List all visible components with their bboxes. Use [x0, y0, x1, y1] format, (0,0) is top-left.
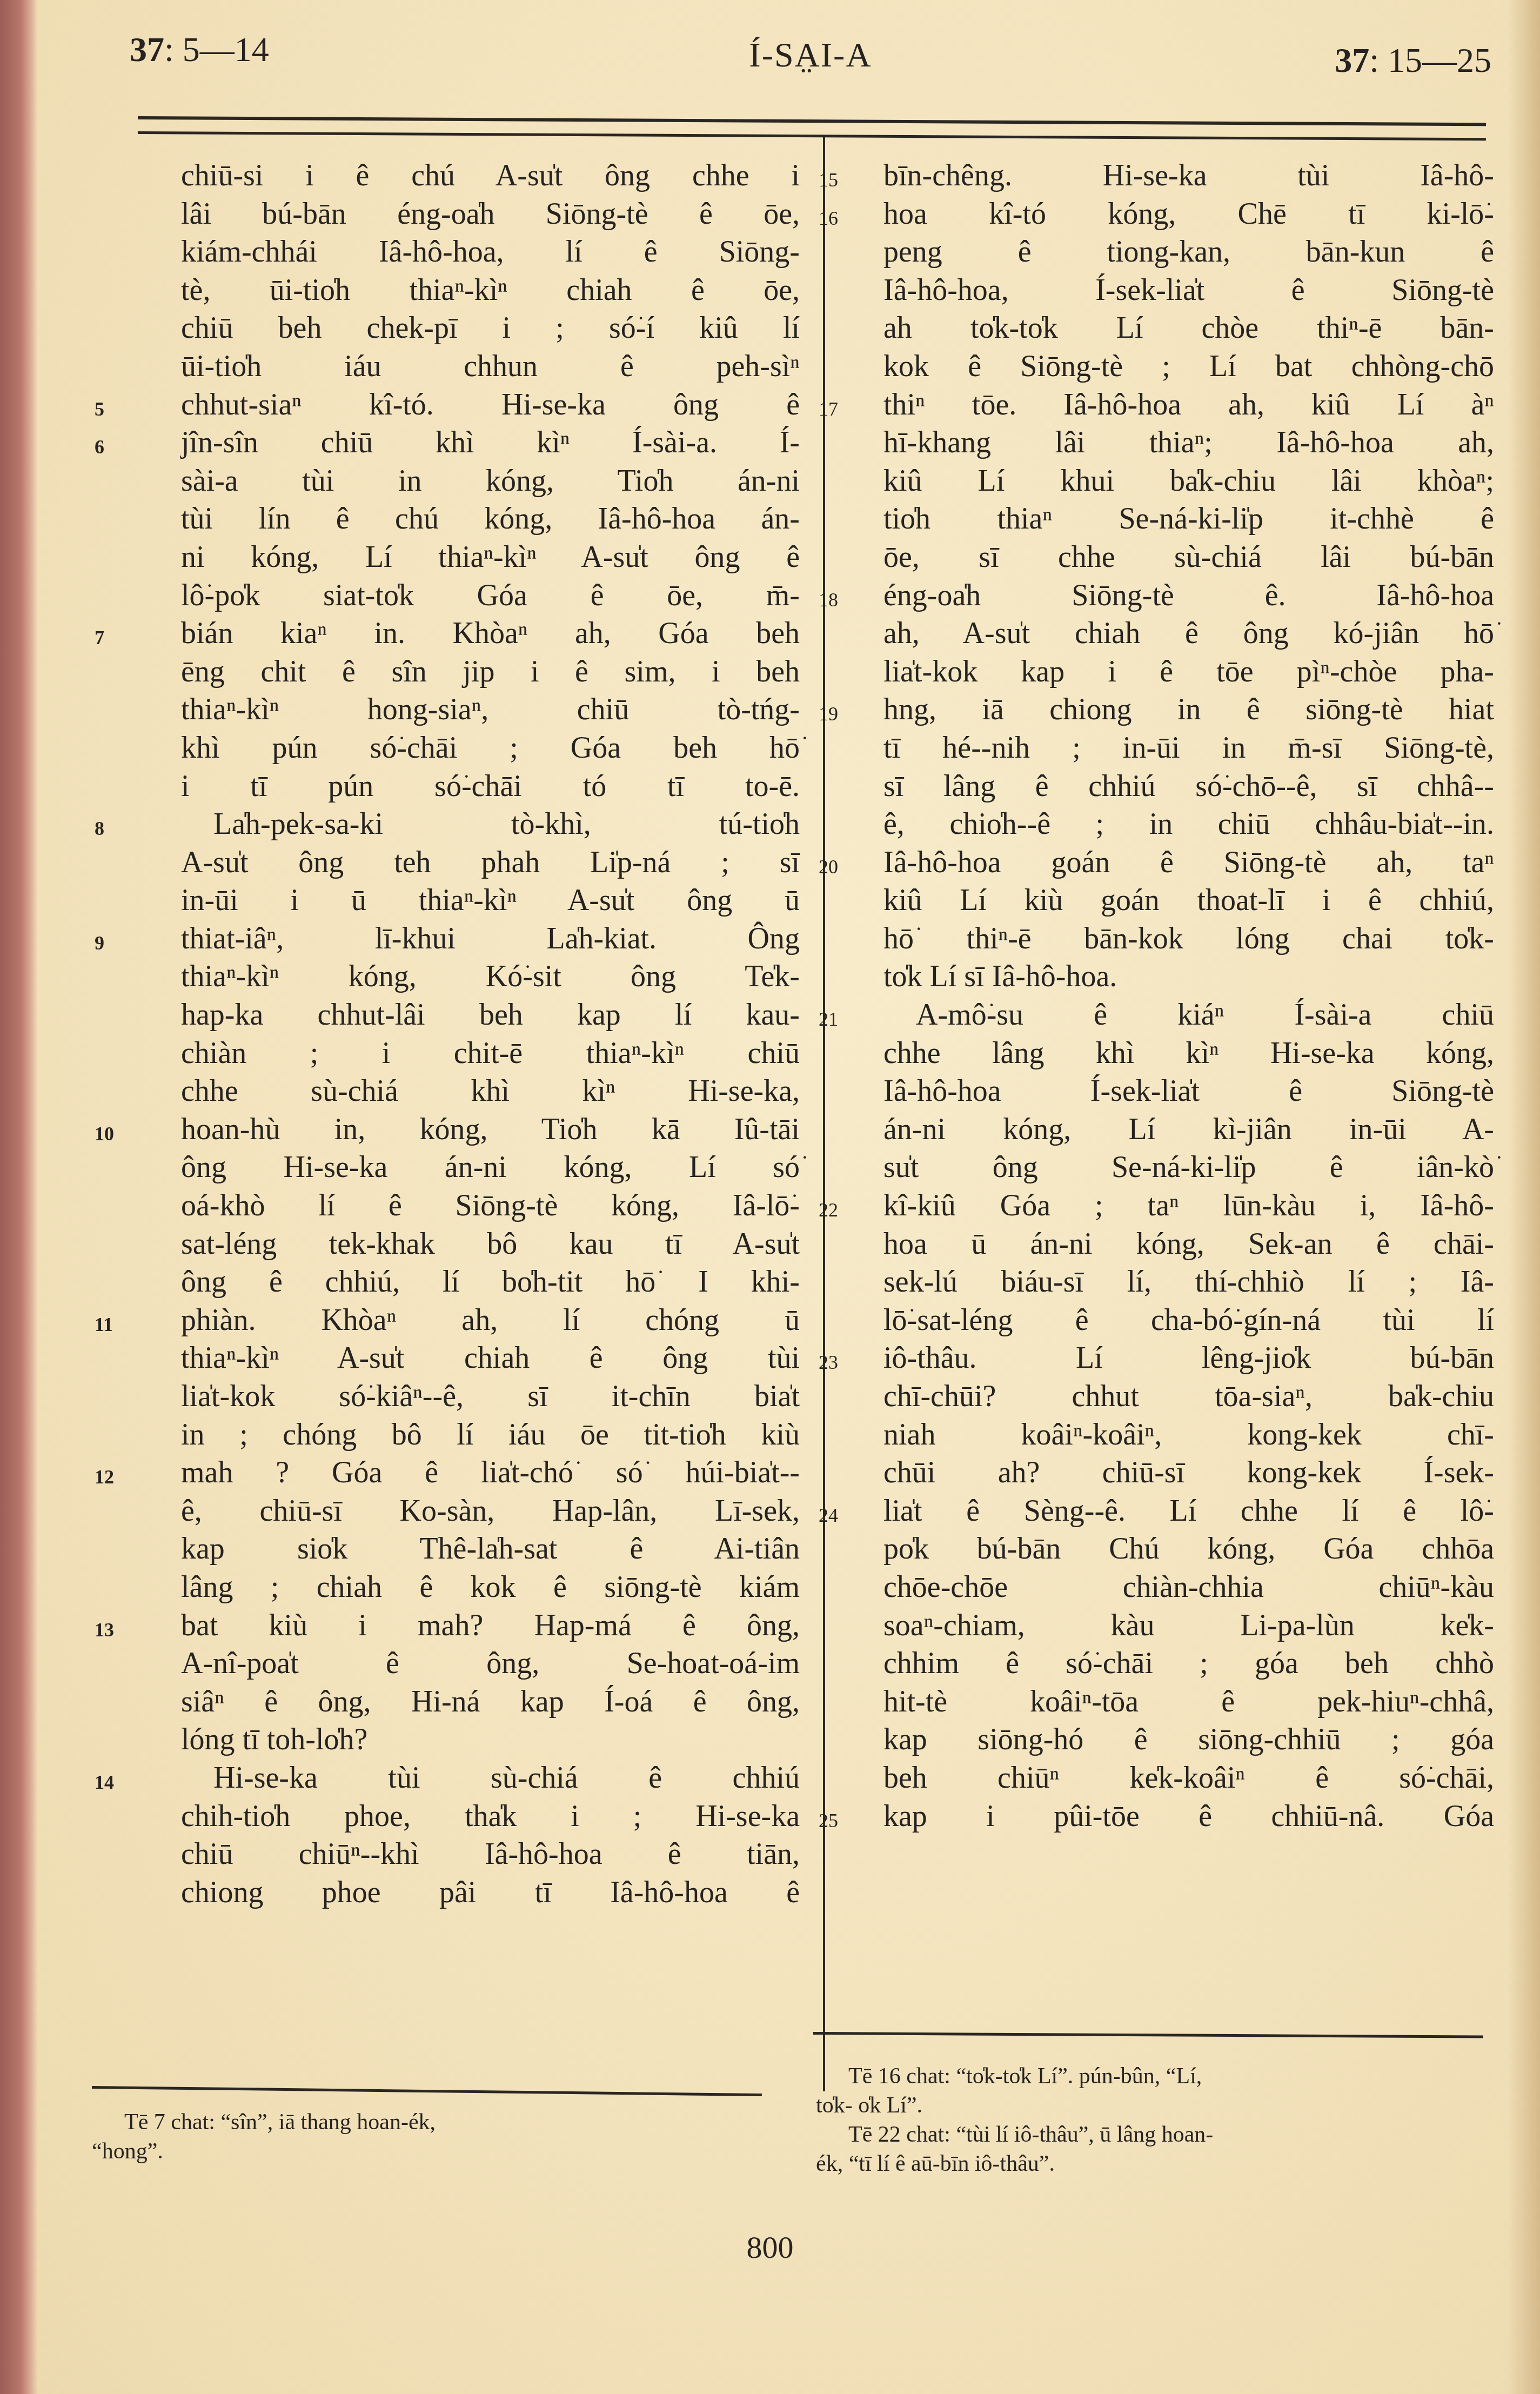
text-line: po̍k bú-bān Chú kóng, Góa chhōa	[883, 1530, 1494, 1568]
verse-number: 6	[95, 428, 104, 466]
footnote-line: ék, “tī lí ê aū-bīn iô-thâu”.	[816, 2149, 1486, 2178]
verse-number: 21	[819, 1000, 838, 1039]
verse-number: 11	[95, 1306, 113, 1344]
header-double-rule	[138, 116, 1486, 141]
text-line: 22kî-kiû Góa ; taⁿ lūn-kàu i, Iâ-hô-	[883, 1187, 1494, 1225]
line-text: sài-a tùi in kóng, Tio̍h án-ni	[181, 464, 800, 498]
text-line: in ; chóng bô lí iáu ōe tit-tio̍h kiù	[181, 1416, 800, 1454]
line-text: La̍h-pek-sa-ki tò-khì, tú-tio̍h	[213, 807, 800, 841]
text-line: sài-a tùi in kóng, Tio̍h án-ni	[181, 462, 800, 500]
footnote-line: “hong”.	[92, 2137, 767, 2166]
line-text: sat-léng tek-khak bô kau tī A-su̍t	[181, 1227, 800, 1261]
line-text: ah, A-su̍t chiah ê ông kó-jiân hō͘	[883, 617, 1494, 650]
verse-number: 18	[819, 581, 838, 619]
text-line: 18éng-oa̍h Siōng-tè ê. Iâ-hô-hoa	[883, 577, 1494, 615]
text-line: kiám-chhái Iâ-hô-hoa, lí ê Siōng-	[181, 233, 800, 271]
text-line: 11phiàn. Khòaⁿ ah, lí chóng ū	[181, 1301, 800, 1340]
text-line: su̍t ông Se-ná-ki-li̍p ê iân-kò͘	[883, 1148, 1494, 1187]
text-line: 9thiat-iâⁿ, lī-khui La̍h-kiat. Ông	[181, 920, 800, 958]
text-line: thiaⁿ-kìⁿ kóng, Kó͘-sit ông Te̍k-	[181, 958, 800, 996]
verse-number: 9	[95, 924, 104, 962]
line-text: ê, chio̍h--ê ; in chiū chhâu-bia̍t--in.	[883, 807, 1494, 841]
text-line: 16hoa kî-tó kóng, Chē tī ki-lō͘-	[883, 195, 1494, 233]
book-page: 37: 5—14 Í-SA̤I-A 37: 15—25 chiū-si i ê …	[0, 0, 1540, 2394]
line-text: Hi-se-ka tùi sù-chiá ê chhiú	[213, 1761, 800, 1795]
text-line: ōe, sī chhe sù-chiá lâi bú-bān	[883, 538, 1494, 577]
verse-number: 17	[819, 390, 838, 429]
line-text: lâi bú-bān éng-oa̍h Siōng-tè ê ōe,	[181, 197, 800, 231]
line-text: kap sio̍k Thê-la̍h-sat ê Ai-tiân	[181, 1532, 800, 1566]
text-line: ah, A-su̍t chiah ê ông kó-jiân hō͘	[883, 614, 1494, 653]
line-text: tio̍h thiaⁿ Se-ná-ki-li̍p it-chhè ê	[883, 502, 1494, 536]
text-line: lâi bú-bān éng-oa̍h Siōng-tè ê ōe,	[181, 195, 800, 233]
text-line: chūi ah? chiū-sī kong-kek Í-sek-	[883, 1454, 1494, 1492]
line-text: bīn-chêng. Hi-se-ka tùi Iâ-hô-	[883, 159, 1494, 192]
text-line: thiaⁿ-kìⁿ A-su̍t chiah ê ông tùi	[181, 1339, 800, 1377]
line-text: sek-lú biáu-sī lí, thí-chhiò lí ; Iâ-	[883, 1265, 1494, 1299]
line-text: soaⁿ-chiam, kàu Li-pa-lùn ke̍k-	[883, 1609, 1494, 1642]
text-line: 24lia̍t ê Sèng--ê. Lí chhe lí ê lô͘-	[883, 1492, 1494, 1530]
text-line: 14Hi-se-ka tùi sù-chiá ê chhiú	[181, 1759, 800, 1797]
verse-number: 12	[95, 1458, 114, 1496]
line-text: chiàn ; i chit-ē thiaⁿ-kìⁿ chiū	[181, 1036, 800, 1070]
line-text: hoan-hù in, kóng, Tio̍h kā Iû-tāi	[181, 1113, 800, 1146]
line-text: hng, iā chiong in ê siōng-tè hiat	[883, 693, 1494, 726]
text-line: hō͘ thiⁿ-ē bān-kok lóng chai to̍k-	[883, 920, 1494, 958]
footnote-line: Tē 16 chat: “to̍k-to̍k Lí”. pún-bûn, “Lí…	[816, 2062, 1486, 2091]
line-text: chiū chiūⁿ--khì Iâ-hô-hoa ê tiān,	[181, 1837, 800, 1871]
text-line: 20Iâ-hô-hoa goán ê Siōng-tè ah, taⁿ	[883, 844, 1494, 882]
text-line: lia̍t-kok kap i ê tōe pìⁿ-chòe pha-	[883, 653, 1494, 691]
line-text: lō͘-sat-léng ê cha-bó͘-gín-ná tùi lí	[883, 1303, 1494, 1337]
line-text: ông Hi-se-ka án-ni kóng, Lí só͘	[181, 1151, 800, 1184]
text-line: 21A-mô͘-su ê kiáⁿ Í-sài-a chiū	[883, 996, 1494, 1034]
verse-number: 20	[819, 848, 838, 886]
text-line: 17thiⁿ tōe. Iâ-hô-hoa ah, kiû Lí àⁿ	[883, 386, 1494, 424]
text-line: hit-tè koâiⁿ-tōa ê pek-hiuⁿ-chhâ,	[883, 1683, 1494, 1721]
line-text: hoa ū án-ni kóng, Sek-an ê chāi-	[883, 1227, 1494, 1261]
text-line: 5chhut-siaⁿ kî-tó. Hi-se-ka ông ê	[181, 386, 800, 424]
line-text: chiong phoe pâi tī Iâ-hô-hoa ê	[181, 1876, 800, 1909]
line-text: chhe lâng khì kìⁿ Hi-se-ka kóng,	[883, 1036, 1494, 1070]
text-line: ê, chiū-sī Ko-sàn, Hap-lân, Lī-sek,	[181, 1492, 800, 1530]
line-text: A-mô͘-su ê kiáⁿ Í-sài-a chiū	[916, 998, 1494, 1032]
line-text: ōe, sī chhe sù-chiá lâi bú-bān	[883, 540, 1494, 574]
line-text: tī hé--nih ; in-ūi in m̄-sī Siōng-tè,	[883, 731, 1494, 765]
text-line: 7bián kiaⁿ in. Khòaⁿ ah, Góa beh	[181, 614, 800, 653]
text-line: 23iô-thâu. Lí lêng-jio̍k bú-bān	[883, 1339, 1494, 1377]
line-text: hī-khang lâi thiaⁿ; Iâ-hô-hoa ah,	[883, 426, 1494, 459]
verse-number: 14	[95, 1763, 114, 1802]
text-line: tio̍h thiaⁿ Se-ná-ki-li̍p it-chhè ê	[883, 500, 1494, 538]
line-text: po̍k bú-bān Chú kóng, Góa chhōa	[883, 1532, 1494, 1566]
text-line: ah to̍k-to̍k Lí chòe thiⁿ-ē bān-	[883, 309, 1494, 347]
line-text: kap siōng-hó ê siōng-chhiū ; góa	[883, 1723, 1494, 1756]
line-text: ni kóng, Lí thiaⁿ-kìⁿ A-su̍t ông ê	[181, 540, 800, 574]
line-text: kî-kiû Góa ; taⁿ lūn-kàu i, Iâ-hô-	[883, 1189, 1494, 1222]
text-line: A-nî-poa̍t ê ông, Se-hoat-oá-im	[181, 1644, 800, 1683]
footnote-rule-right	[813, 2032, 1483, 2038]
verse-number: 24	[819, 1496, 838, 1535]
text-line: lóng tī toh-lo̍h?	[181, 1721, 800, 1759]
footnote-line: to̍k- o̍k Lí”.	[816, 2091, 1486, 2120]
verse-number: 16	[819, 199, 838, 238]
verse-number: 22	[819, 1191, 838, 1229]
verse-number: 10	[95, 1115, 114, 1153]
line-text: ông ê chhiú, lí bo̍h-tit hō͘ I khi-	[181, 1265, 800, 1299]
text-line: ūi-tio̍h iáu chhun ê peh-sìⁿ	[181, 347, 800, 386]
text-line: lō͘-sat-léng ê cha-bó͘-gín-ná tùi lí	[883, 1301, 1494, 1340]
column-divider	[823, 135, 825, 2091]
line-text: A-nî-poa̍t ê ông, Se-hoat-oá-im	[181, 1647, 800, 1680]
verse-number: 25	[819, 1802, 838, 1840]
text-line: ông Hi-se-ka án-ni kóng, Lí só͘	[181, 1148, 800, 1187]
text-line: sī lâng ê chhiú só͘-chō--ê, sī chhâ--	[883, 767, 1494, 806]
text-line: hoa ū án-ni kóng, Sek-an ê chāi-	[883, 1225, 1494, 1263]
text-line: ê, chio̍h--ê ; in chiū chhâu-bia̍t--in.	[883, 805, 1494, 844]
footnote-left: Tē 7 chat: “sîn”, iā thang hoan-ék, “hon…	[92, 2108, 767, 2166]
text-line: hī-khang lâi thiaⁿ; Iâ-hô-hoa ah,	[883, 424, 1494, 462]
line-text: lâng ; chiah ê kok ê siōng-tè kiám	[181, 1570, 800, 1604]
line-text: thiaⁿ-kìⁿ hong-siaⁿ, chiū tò-tńg-	[181, 693, 800, 726]
text-line: ēng chit ê sîn jip i ê sim, i beh	[181, 653, 800, 691]
line-text: án-ni kóng, Lí kì-jiân in-ūi A-	[883, 1113, 1494, 1146]
line-text: sī lâng ê chhiú só͘-chō--ê, sī chhâ--	[883, 770, 1494, 803]
line-text: in-ūi i ū thiaⁿ-kìⁿ A-su̍t ông ū	[181, 884, 800, 917]
line-text: phiàn. Khòaⁿ ah, lí chóng ū	[181, 1303, 800, 1337]
text-line: peng ê tiong-kan, bān-kun ê	[883, 233, 1494, 271]
line-text: iô-thâu. Lí lêng-jio̍k bú-bān	[883, 1341, 1494, 1375]
text-line: 8La̍h-pek-sa-ki tò-khì, tú-tio̍h	[181, 805, 800, 844]
line-text: hap-ka chhut-lâi beh kap lí kau-	[181, 998, 800, 1032]
line-text: kiám-chhái Iâ-hô-hoa, lí ê Siōng-	[181, 235, 800, 269]
line-text: chhut-siaⁿ kî-tó. Hi-se-ka ông ê	[181, 388, 800, 422]
line-text: thiⁿ tōe. Iâ-hô-hoa ah, kiû Lí àⁿ	[883, 388, 1494, 422]
verse-number: 8	[95, 810, 104, 848]
text-line: kok ê Siōng-tè ; Lí bat chhòng-chō	[883, 347, 1494, 386]
text-line: 13bat kiù i mah? Hap-má ê ông,	[181, 1607, 800, 1645]
line-text: jîn-sîn chiū khì kìⁿ Í-sài-a. Í-	[181, 426, 800, 459]
text-line: chiū beh chek-pī i ; só͘-í kiû lí	[181, 309, 800, 347]
line-text: lia̍t-kok só͘-kiâⁿ--ê, sī it-chīn bia̍t	[181, 1380, 800, 1413]
text-line: khì pún só͘-chāi ; Góa beh hō͘	[181, 729, 800, 767]
footnote-right: Tē 16 chat: “to̍k-to̍k Lí”. pún-bûn, “Lí…	[816, 2062, 1486, 2178]
line-text: ūi-tio̍h iáu chhun ê peh-sìⁿ	[181, 350, 800, 383]
text-line: chiong phoe pâi tī Iâ-hô-hoa ê	[181, 1874, 800, 1912]
line-text: lóng tī toh-lo̍h?	[181, 1723, 367, 1756]
line-text: beh chiūⁿ ke̍k-koâiⁿ ê só͘-chāi,	[883, 1761, 1494, 1795]
line-text: A-su̍t ông teh phah Li̍p-ná ; sī	[181, 846, 800, 879]
text-line: niah koâiⁿ-koâiⁿ, kong-kek chī-	[883, 1416, 1494, 1454]
text-line: i tī pún só͘-chāi tó tī to-ē.	[181, 767, 800, 806]
line-text: thiat-iâⁿ, lī-khui La̍h-kiat. Ông	[181, 922, 800, 955]
line-text: khì pún só͘-chāi ; Góa beh hō͘	[181, 731, 800, 765]
text-line: in-ūi i ū thiaⁿ-kìⁿ A-su̍t ông ū	[181, 881, 800, 920]
text-line: chhe sù-chiá khì kìⁿ Hi-se-ka,	[181, 1072, 800, 1111]
text-line: ni kóng, Lí thiaⁿ-kìⁿ A-su̍t ông ê	[181, 538, 800, 577]
text-line: kap sio̍k Thê-la̍h-sat ê Ai-tiân	[181, 1530, 800, 1568]
text-line: chiàn ; i chit-ē thiaⁿ-kìⁿ chiū	[181, 1034, 800, 1073]
text-line: chih-tio̍h phoe, tha̍k i ; Hi-se-ka	[181, 1797, 800, 1836]
footnote-line: Tē 7 chat: “sîn”, iā thang hoan-ék,	[92, 2108, 767, 2137]
right-text-column: 15bīn-chêng. Hi-se-ka tùi Iâ-hô-16hoa kî…	[883, 157, 1494, 1835]
text-line: sat-léng tek-khak bô kau tī A-su̍t	[181, 1225, 800, 1263]
text-line: siâⁿ ê ông, Hi-ná kap Í-oá ê ông,	[181, 1683, 800, 1721]
line-text: kap i pûi-tōe ê chhiū-nâ. Góa	[883, 1800, 1494, 1833]
text-line: kiû Lí kiù goán thoat-lī i ê chhiú,	[883, 881, 1494, 920]
footnote-line: Tē 22 chat: “tùi lí iô-thâu”, ū lâng hoa…	[816, 2120, 1486, 2149]
left-text-column: chiū-si i ê chú A-su̍t ông chhe ilâi bú-…	[181, 157, 800, 1911]
text-line: lia̍t-kok só͘-kiâⁿ--ê, sī it-chīn bia̍t	[181, 1377, 800, 1416]
verse-number: 7	[95, 619, 104, 657]
line-text: chūi ah? chiū-sī kong-kek Í-sek-	[883, 1456, 1494, 1489]
text-line: tè, ūi-tio̍h thiaⁿ-kìⁿ chiah ê ōe,	[181, 271, 800, 310]
text-line: to̍k Lí sī Iâ-hô-hoa.	[883, 958, 1494, 996]
text-line: sek-lú biáu-sī lí, thí-chhiò lí ; Iâ-	[883, 1263, 1494, 1301]
line-text: in ; chóng bô lí iáu ōe tit-tio̍h kiù	[181, 1418, 800, 1452]
line-text: chiū-si i ê chú A-su̍t ông chhe i	[181, 159, 800, 192]
text-line: thiaⁿ-kìⁿ hong-siaⁿ, chiū tò-tńg-	[181, 691, 800, 729]
text-line: chōe-chōe chiàn-chhia chiūⁿ-kàu	[883, 1568, 1494, 1607]
line-text: thiaⁿ-kìⁿ kóng, Kó͘-sit ông Te̍k-	[181, 960, 800, 993]
running-head: 37: 5—14 Í-SA̤I-A 37: 15—25	[130, 30, 1491, 78]
line-text: bat kiù i mah? Hap-má ê ông,	[181, 1609, 800, 1642]
line-text: oá-khò lí ê Siōng-tè kóng, Iâ-lō͘-	[181, 1189, 800, 1222]
text-line: 10hoan-hù in, kóng, Tio̍h kā Iû-tāi	[181, 1111, 800, 1149]
verse-number: 19	[819, 695, 838, 733]
text-line: Iâ-hô-hoa, Í-sek-lia̍t ê Siōng-tè	[883, 271, 1494, 310]
text-line: tī hé--nih ; in-ūi in m̄-sī Siōng-tè,	[883, 729, 1494, 767]
text-line: chiū-si i ê chú A-su̍t ông chhe i	[181, 157, 800, 195]
line-text: lô͘-po̍k siat-to̍k Góa ê ōe, m̄-	[181, 579, 800, 612]
line-text: tùi lín ê chú kóng, Iâ-hô-hoa án-	[181, 502, 800, 536]
text-line: 19hng, iā chiong in ê siōng-tè hiat	[883, 691, 1494, 729]
line-text: chiū beh chek-pī i ; só͘-í kiû lí	[181, 311, 800, 345]
line-text: chhim ê só͘-chāi ; góa beh chhò	[883, 1647, 1494, 1680]
line-text: chih-tio̍h phoe, tha̍k i ; Hi-se-ka	[181, 1800, 800, 1833]
line-text: Iâ-hô-hoa, Í-sek-lia̍t ê Siōng-tè	[883, 273, 1494, 307]
text-line: lâng ; chiah ê kok ê siōng-tè kiám	[181, 1568, 800, 1607]
text-line: án-ni kóng, Lí kì-jiân in-ūi A-	[883, 1111, 1494, 1149]
line-text: ēng chit ê sîn jip i ê sim, i beh	[181, 655, 800, 688]
line-text: siâⁿ ê ông, Hi-ná kap Í-oá ê ông,	[181, 1685, 800, 1718]
page-number: 800	[0, 2229, 1540, 2265]
text-line: 6jîn-sîn chiū khì kìⁿ Í-sài-a. Í-	[181, 424, 800, 462]
text-line: chiū chiūⁿ--khì Iâ-hô-hoa ê tiān,	[181, 1835, 800, 1874]
line-text: kiû Lí khui ba̍k-chiu lâi khòaⁿ;	[883, 464, 1494, 498]
line-text: hō͘ thiⁿ-ē bān-kok lóng chai to̍k-	[883, 922, 1494, 955]
line-text: kok ê Siōng-tè ; Lí bat chhòng-chō	[883, 350, 1494, 383]
verse-number: 13	[95, 1611, 114, 1649]
line-text: peng ê tiong-kan, bān-kun ê	[883, 235, 1494, 269]
text-line: kap siōng-hó ê siōng-chhiū ; góa	[883, 1721, 1494, 1759]
line-text: mah ? Góa ê lia̍t-chó͘ só͘ húi-bia̍t--	[181, 1456, 800, 1489]
line-text: kiû Lí kiù goán thoat-lī i ê chhiú,	[883, 884, 1494, 917]
footnote-rule-left	[92, 2086, 762, 2096]
line-text: su̍t ông Se-ná-ki-li̍p ê iân-kò͘	[883, 1151, 1494, 1184]
text-line: hap-ka chhut-lâi beh kap lí kau-	[181, 996, 800, 1034]
line-text: Iâ-hô-hoa Í-sek-lia̍t ê Siōng-tè	[883, 1074, 1494, 1108]
text-line: chī-chūi? chhut tōa-siaⁿ, ba̍k-chiu	[883, 1377, 1494, 1416]
text-line: beh chiūⁿ ke̍k-koâiⁿ ê só͘-chāi,	[883, 1759, 1494, 1797]
line-text: ah to̍k-to̍k Lí chòe thiⁿ-ē bān-	[883, 311, 1494, 345]
line-text: to̍k Lí sī Iâ-hô-hoa.	[883, 960, 1117, 993]
line-text: chī-chūi? chhut tōa-siaⁿ, ba̍k-chiu	[883, 1380, 1494, 1413]
line-text: chōe-chōe chiàn-chhia chiūⁿ-kàu	[883, 1570, 1494, 1604]
text-line: ông ê chhiú, lí bo̍h-tit hō͘ I khi-	[181, 1263, 800, 1301]
text-line: kiû Lí khui ba̍k-chiu lâi khòaⁿ;	[883, 462, 1494, 500]
line-text: hit-tè koâiⁿ-tōa ê pek-hiuⁿ-chhâ,	[883, 1685, 1494, 1718]
page-edge-red	[0, 0, 38, 2394]
text-line: chhe lâng khì kìⁿ Hi-se-ka kóng,	[883, 1034, 1494, 1073]
text-line: 15bīn-chêng. Hi-se-ka tùi Iâ-hô-	[883, 157, 1494, 195]
text-line: soaⁿ-chiam, kàu Li-pa-lùn ke̍k-	[883, 1607, 1494, 1645]
book-title: Í-SA̤I-A	[130, 35, 1491, 75]
text-line: Iâ-hô-hoa Í-sek-lia̍t ê Siōng-tè	[883, 1072, 1494, 1111]
verse-number: 23	[819, 1343, 838, 1382]
line-text: i tī pún só͘-chāi tó tī to-ē.	[181, 770, 800, 803]
line-text: thiaⁿ-kìⁿ A-su̍t chiah ê ông tùi	[181, 1341, 800, 1375]
line-text: chhe sù-chiá khì kìⁿ Hi-se-ka,	[181, 1074, 800, 1108]
line-text: éng-oa̍h Siōng-tè ê. Iâ-hô-hoa	[883, 579, 1494, 612]
verse-number: 15	[819, 161, 838, 199]
page-gutter-shadow	[1508, 0, 1540, 2394]
line-text: Iâ-hô-hoa goán ê Siōng-tè ah, taⁿ	[883, 846, 1494, 879]
verse-number: 5	[95, 390, 104, 429]
text-line: tùi lín ê chú kóng, Iâ-hô-hoa án-	[181, 500, 800, 538]
text-line: oá-khò lí ê Siōng-tè kóng, Iâ-lō͘-	[181, 1187, 800, 1225]
line-text: lia̍t-kok kap i ê tōe pìⁿ-chòe pha-	[883, 655, 1494, 688]
line-text: lia̍t ê Sèng--ê. Lí chhe lí ê lô͘-	[883, 1494, 1494, 1528]
text-line: 25kap i pûi-tōe ê chhiū-nâ. Góa	[883, 1797, 1494, 1836]
text-line: A-su̍t ông teh phah Li̍p-ná ; sī	[181, 844, 800, 882]
line-text: hoa kî-tó kóng, Chē tī ki-lō͘-	[883, 197, 1494, 231]
line-text: ê, chiū-sī Ko-sàn, Hap-lân, Lī-sek,	[181, 1494, 800, 1528]
text-line: chhim ê só͘-chāi ; góa beh chhò	[883, 1644, 1494, 1683]
chapter-verse-range-right: 37: 15—25	[1335, 41, 1491, 81]
text-line: 12mah ? Góa ê lia̍t-chó͘ só͘ húi-bia̍t--	[181, 1454, 800, 1492]
line-text: niah koâiⁿ-koâiⁿ, kong-kek chī-	[883, 1418, 1494, 1452]
line-text: bián kiaⁿ in. Khòaⁿ ah, Góa beh	[181, 617, 800, 650]
text-line: lô͘-po̍k siat-to̍k Góa ê ōe, m̄-	[181, 577, 800, 615]
line-text: tè, ūi-tio̍h thiaⁿ-kìⁿ chiah ê ōe,	[181, 273, 800, 307]
